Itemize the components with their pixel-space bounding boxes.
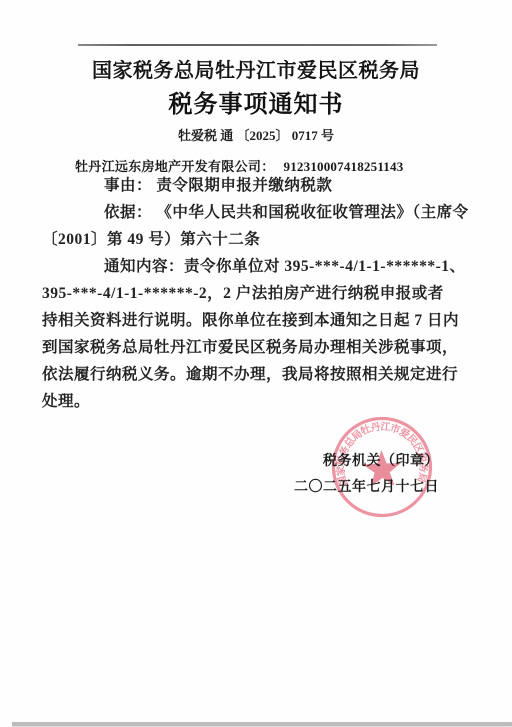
issue-date: 二〇二五年七月十七日 bbox=[294, 475, 439, 501]
agency-title: 国家税务总局牡丹江市爱民区税务局 bbox=[0, 54, 512, 83]
body-line: 依法履行纳税义务。逾期不办理，我局将按照相关规定进行 bbox=[42, 361, 446, 388]
body-line: 持相关资料进行说明。限你单位在接到本通知之日起 7 日内 bbox=[42, 307, 446, 334]
top-rule bbox=[78, 44, 437, 46]
body-line: 事由： 责令限期申报并缴纳税款 bbox=[42, 172, 446, 199]
body-line: 到国家税务总局牡丹江市爱民区税务局办理相关涉税事项， bbox=[42, 334, 446, 361]
doc-number: 牡爱税 通 〔2025〕 0717 号 bbox=[0, 125, 512, 144]
body-line: 395-***-4/1-1-******-2，2 户法拍房产进行纳税申报或者 bbox=[42, 280, 446, 307]
signature-block: 税务机关（印章） 二〇二五年七月十七日 bbox=[294, 449, 439, 501]
notice-body: 事由： 责令限期申报并缴纳税款 依据： 《中华人民共和国税收征收管理法》（主席令… bbox=[42, 172, 446, 415]
document-page: 国家税务总局牡丹江市爱民区税务局 税务事项通知书 牡爱税 通 〔2025〕 07… bbox=[0, 0, 512, 727]
body-line: 依据： 《中华人民共和国税收征收管理法》（主席令 bbox=[42, 199, 446, 226]
seal-label: 税务机关（印章） bbox=[294, 449, 439, 475]
notice-title: 税务事项通知书 bbox=[0, 84, 512, 119]
page-bottom-shadow bbox=[12, 722, 512, 726]
body-line: 〔2001〕第 49 号）第六十二条 bbox=[42, 226, 446, 253]
body-line: 通知内容：责令你单位对 395-***-4/1-1-******-1、 bbox=[42, 253, 446, 280]
